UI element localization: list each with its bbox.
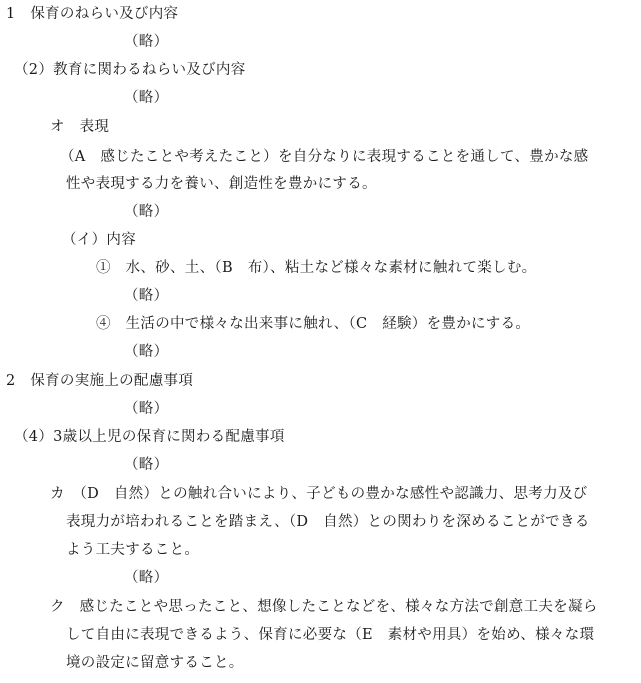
item-ku-paragraph-line: して自由に表現できるよう、保育に必要な（E 素材や用具）を始め、様々な環 [66,625,594,645]
omitted-marker: （略） [124,286,168,306]
section-2-heading: 2 保育の実施上の配慮事項 [6,371,193,391]
omitted-marker: （略） [124,202,168,222]
subsection-i-heading: （イ）内容 [62,230,136,250]
omitted-marker: （略） [124,88,168,108]
item-ku-paragraph-line: 境の設定に留意すること。 [66,653,244,673]
subsection-4-heading: （4）3歳以上児の保育に関わる配慮事項 [14,427,285,447]
omitted-marker: （略） [124,32,168,52]
item-o-heading: オ 表現 [50,117,109,137]
item-ku-paragraph-line: ク 感じたことや思ったこと、想像したことなどを、様々な方法で創意工夫を凝ら [50,597,598,617]
item-ka-paragraph-line: カ （D 自然）との触れ合いにより、子どもの豊かな感性や認識力、思考力及び [50,484,587,504]
content-item-1: ① 水、砂、土、（B 布）、粘土など様々な素材に触れて楽しむ。 [96,258,536,278]
item-ka-paragraph-line: よう工夫すること。 [66,540,199,560]
item-o-paragraph-line: （A 感じたことや考えたこと）を自分なりに表現することを通して、豊かな感 [60,147,588,167]
section-1-heading: 1 保育のねらい及び内容 [6,4,178,24]
omitted-marker: （略） [124,399,168,419]
content-item-4: ④ 生活の中で様々な出来事に触れ、（C 経験）を豊かにする。 [96,314,530,334]
item-ka-paragraph-line: 表現力が培われることを踏まえ、（D 自然）との関わりを深めることができる [66,512,590,532]
omitted-marker: （略） [124,455,168,475]
subsection-2-heading: （2）教育に関わるねらい及び内容 [14,60,246,80]
omitted-marker: （略） [124,568,168,588]
item-o-paragraph-line: 性や表現する力を養い、創造性を豊かにする。 [66,174,377,194]
omitted-marker: （略） [124,342,168,362]
